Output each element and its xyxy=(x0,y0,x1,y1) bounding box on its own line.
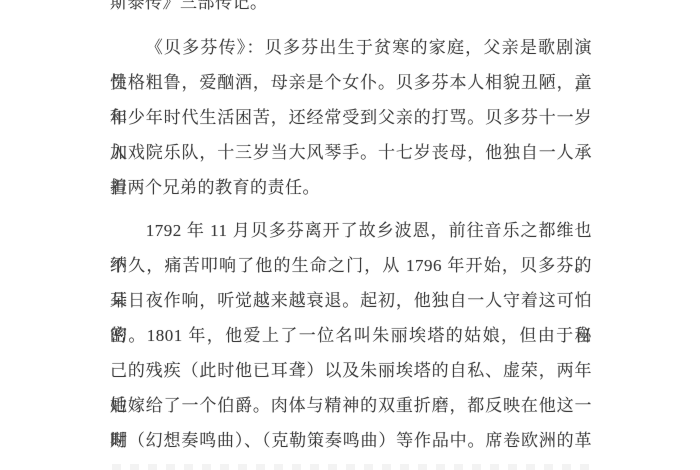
text-line: 入戏院乐队，十三岁当大风琴手。十七岁丧母，他独自一人承担 xyxy=(110,135,592,170)
text-line: 性格粗鲁，爱酗酒，母亲是个女仆。贝多芬本人相貌丑陋，童年 xyxy=(110,65,592,100)
text-line: 己的残疾（此时他已耳聋）以及朱丽埃塔的自私、虚荣，两年后 xyxy=(110,353,592,388)
text-line: 朵日夜作响，听觉越来越衰退。起初，他独自一人守着这可怕的秘 xyxy=(110,283,592,318)
text-line: 期（幻想奏鸣曲）、（克勒策奏鸣曲）等作品中。席卷欧洲的革 xyxy=(110,423,592,458)
text-line: 斯泰传》三部传记。 xyxy=(110,0,592,20)
scanned-document-page: 斯泰传》三部传记。 《贝多芬传》：贝多芬出生于贫寒的家庭，父亲是歌剧演员， 性格… xyxy=(0,0,700,470)
clipped-next-line-hint xyxy=(112,464,590,470)
text-line: 着两个兄弟的教育的责任。 xyxy=(110,170,592,205)
text-block: 斯泰传》三部传记。 《贝多芬传》：贝多芬出生于贫寒的家庭，父亲是歌剧演员， 性格… xyxy=(110,0,592,458)
text-line: 《贝多芬传》：贝多芬出生于贫寒的家庭，父亲是歌剧演员， xyxy=(110,30,592,65)
text-line: 1792 年 11 月贝多芬离开了故乡波恩，前往音乐之都维也纳。 xyxy=(110,213,592,248)
text-line: 她嫁给了一个伯爵。肉体与精神的双重折磨，都反映在他这一时 xyxy=(110,388,592,423)
text-line: 不久，痛苦叩响了他的生命之门，从 1796 年开始，贝多芬的耳 xyxy=(110,248,592,283)
text-line: 密。1801 年，他爱上了一位名叫朱丽埃塔的姑娘，但由于自 xyxy=(110,318,592,353)
text-line: 和少年时代生活困苦，还经常受到父亲的打骂。贝多芬十一岁加 xyxy=(110,100,592,135)
